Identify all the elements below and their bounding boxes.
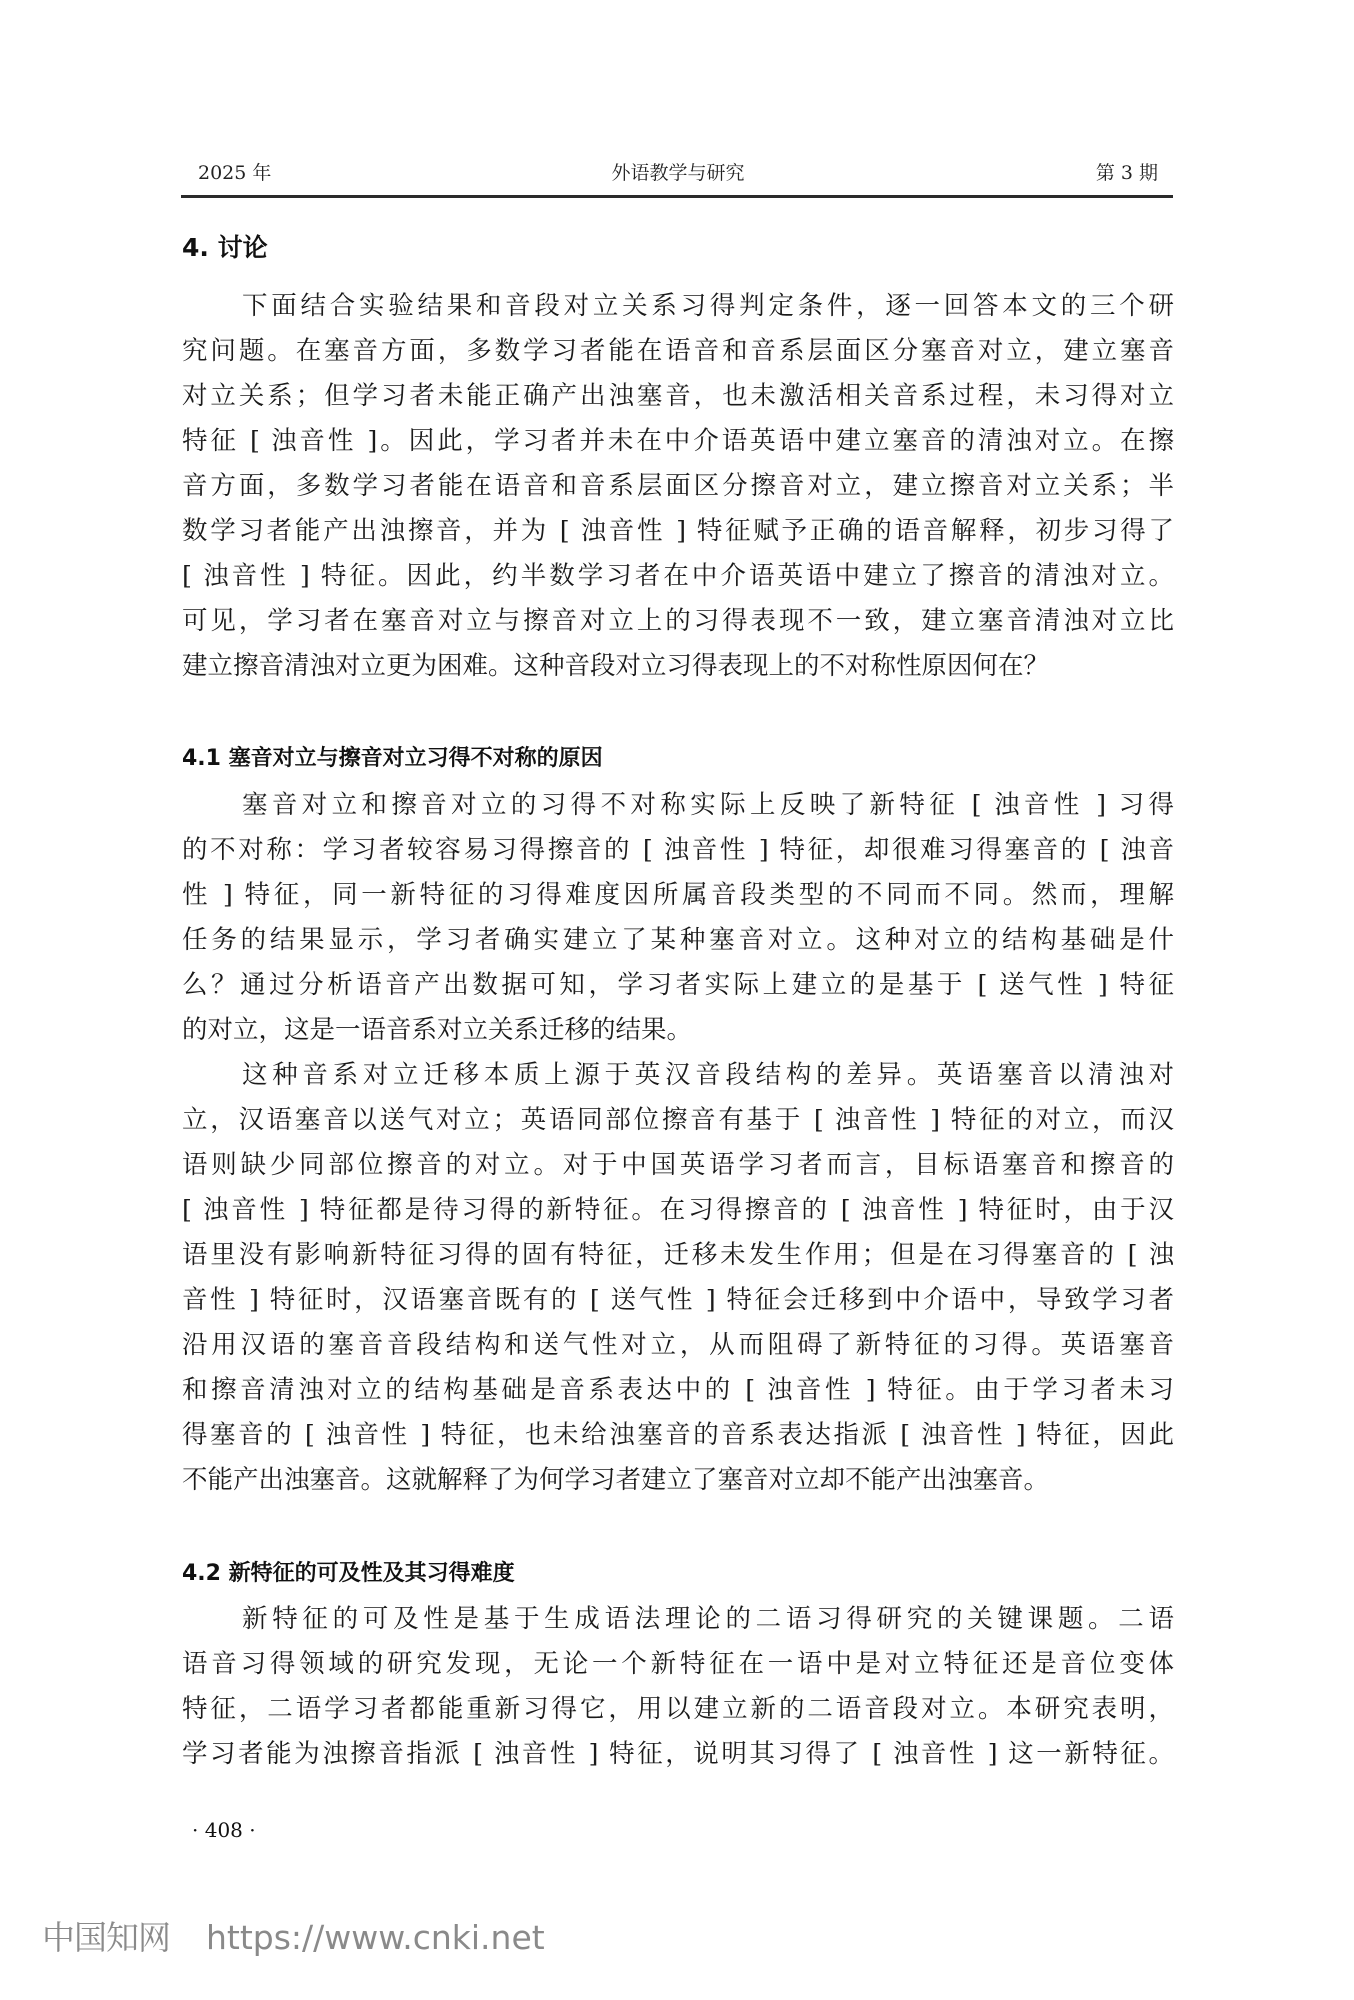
paragraph-line: 的不对称：学习者较容易习得擦音的 [ 浊音性 ] 特征，却很难习得塞音的 [ 浊… [182,833,1174,867]
paragraph-line: 立，汉语塞音以送气对立；英语同部位擦音有基于 [ 浊音性 ] 特征的对立，而汉 [182,1103,1174,1137]
paragraph-line: 和擦音清浊对立的结构基础是音系表达中的 [ 浊音性 ] 特征。由于学习者未习 [182,1373,1174,1407]
paragraph-line: 音方面，多数学习者能在语音和音系层面区分擦音对立，建立擦音对立关系；半 [182,469,1174,503]
paragraph-line: 下面结合实验结果和音段对立关系习得判定条件，逐一回答本文的三个研 [242,289,1174,323]
paragraph-line: [ 浊音性 ] 特征都是待习得的新特征。在习得擦音的 [ 浊音性 ] 特征时，由… [182,1193,1174,1227]
header-journal-title: 外语教学与研究 [182,158,1174,185]
paragraph-line: 的对立，这是一语音系对立关系迁移的结果。 [182,1013,1174,1047]
page-number: · 408 · [192,1818,256,1842]
paragraph-line: 究问题。在塞音方面，多数学习者能在语音和音系层面区分塞音对立，建立塞音 [182,334,1174,368]
paragraph-line: 语则缺少同部位擦音的对立。对于中国英语学习者而言，目标语塞音和擦音的 [182,1148,1174,1182]
paragraph-line: 不能产出浊塞音。这就解释了为何学习者建立了塞音对立却不能产出浊塞音。 [182,1463,1174,1497]
paragraph-line: 任务的结果显示，学习者确实建立了某种塞音对立。这种对立的结构基础是什 [182,923,1174,957]
paragraph-line: 语音习得领域的研究发现，无论一个新特征在一语中是对立特征还是音位变体 [182,1647,1174,1681]
paragraph-line: 性 ] 特征，同一新特征的习得难度因所属音段类型的不同而不同。然而，理解 [182,878,1174,912]
paragraph-line: 语里没有影响新特征习得的固有特征，迁移未发生作用；但是在习得塞音的 [ 浊 [182,1238,1174,1272]
header-issue: 第 3 期 [1096,158,1158,185]
header-rule-divider [181,195,1173,198]
subsection-heading-4-2: 4.2 新特征的可及性及其习得难度 [182,1556,515,1587]
running-header: 2025 年 外语教学与研究 第 3 期 [182,158,1174,188]
paragraph-line: 可见，学习者在塞音对立与擦音对立上的习得表现不一致，建立塞音清浊对立比 [182,604,1174,638]
paragraph-line: 建立擦音清浊对立更为困难。这种音段对立习得表现上的不对称性原因何在？ [182,649,1174,683]
paragraph-line: 数学习者能产出浊擦音，并为 [ 浊音性 ] 特征赋予正确的语音解释，初步习得了 [182,514,1174,548]
paragraph-line: 特征 [ 浊音性 ]。因此，学习者并未在中介语英语中建立塞音的清浊对立。在擦 [182,424,1174,458]
paragraph-line: 得塞音的 [ 浊音性 ] 特征，也未给浊塞音的音系表达指派 [ 浊音性 ] 特征… [182,1418,1174,1452]
subsection-heading-4-1: 4.1 塞音对立与擦音对立习得不对称的原因 [182,741,603,772]
paragraph-line: 特征，二语学习者都能重新习得它，用以建立新的二语音段对立。本研究表明， [182,1692,1174,1726]
paragraph-line: 对立关系；但学习者未能正确产出浊塞音，也未激活相关音系过程，未习得对立 [182,379,1174,413]
paragraph-line: 音性 ] 特征时，汉语塞音既有的 [ 送气性 ] 特征会迁移到中介语中，导致学习… [182,1283,1174,1317]
section-heading: 4. 讨论 [182,228,268,264]
paragraph-line: 这种音系对立迁移本质上源于英汉音段结构的差异。英语塞音以清浊对 [242,1058,1174,1092]
paragraph-line: 学习者能为浊擦音指派 [ 浊音性 ] 特征，说明其习得了 [ 浊音性 ] 这一新… [182,1737,1174,1771]
paragraph-line: [ 浊音性 ] 特征。因此，约半数学习者在中介语英语中建立了擦音的清浊对立。 [182,559,1174,593]
watermark-url: https://www.cnki.net [206,1918,545,1957]
paragraph-line: 新特征的可及性是基于生成语法理论的二语习得研究的关键课题。二语 [242,1602,1174,1636]
watermark-cnki-name: 中国知网 [42,1918,170,1957]
paragraph-line: 沿用汉语的塞音音段结构和送气性对立，从而阻碍了新特征的习得。英语塞音 [182,1328,1174,1362]
cnki-watermark: 中国知网https://www.cnki.net [42,1912,545,1959]
paragraph-line: 么？通过分析语音产出数据可知，学习者实际上建立的是基于 [ 送气性 ] 特征 [182,968,1174,1002]
paragraph-line: 塞音对立和擦音对立的习得不对称实际上反映了新特征 [ 浊音性 ] 习得 [242,788,1174,822]
